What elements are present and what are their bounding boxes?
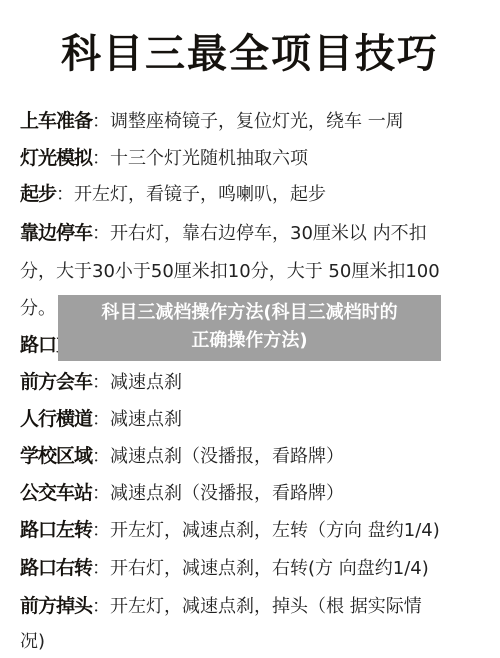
item-text: 开左灯，减速点刹，掉头（根 据实际情 (110, 596, 422, 617)
item-text: 减速点刹（没播报，看路牌） (110, 446, 344, 467)
item-separator: ： (92, 223, 110, 244)
item-label: 学校区域 (20, 445, 92, 467)
item-separator: ： (92, 596, 110, 617)
page-title: 科目三最全项目技巧 (0, 22, 500, 79)
item-text: 开右灯，靠右边停车，30厘米以 内不扣 (110, 223, 427, 244)
item-text: 减速点刹 (110, 409, 182, 430)
list-item: 公交车站：减速点刹（没播报，看路牌） (20, 481, 490, 506)
item-text: 十三个灯光随机抽取六项 (110, 148, 308, 169)
item-text: 调整座椅镜子，复位灯光，绕车 一周 (110, 111, 404, 132)
item-text: 开左灯，减速点刹，左转（方向 盘约1/4) (110, 520, 440, 541)
list-item: 起步：开左灯，看镜子，鸣喇叭，起步 (20, 182, 490, 207)
item-separator: ： (92, 483, 110, 504)
list-item: 路口左转：开左灯，减速点刹，左转（方向 盘约1/4) (20, 518, 490, 543)
overlay-line-1: 科目三减档操作方法(科目三减档时的 (58, 299, 441, 327)
item-text: 分，大于30小于50厘米扣10分，大于 50厘米扣100 (20, 261, 440, 282)
item-text: 开右灯，减速点刹，右转(方 向盘约1/4) (110, 558, 429, 579)
item-label: 灯光模拟 (20, 147, 92, 169)
list-item-continuation: 分，大于30小于50厘米扣10分，大于 50厘米扣100 (20, 260, 490, 284)
item-label: 起步 (20, 183, 56, 205)
item-separator: ： (92, 111, 110, 132)
item-separator: ： (92, 558, 110, 579)
item-label: 路口右转 (20, 557, 92, 579)
item-text: 分。 (20, 298, 56, 319)
list-item: 学校区域：减速点刹（没播报，看路牌） (20, 444, 490, 469)
item-separator: ： (92, 520, 110, 541)
list-item: 灯光模拟：十三个灯光随机抽取六项 (20, 146, 490, 171)
item-label: 路口左转 (20, 519, 92, 541)
item-text: 况) (20, 631, 45, 652)
item-text: 减速点刹（没播报，看路牌） (110, 483, 344, 504)
item-separator: ： (92, 446, 110, 467)
item-separator: ： (92, 372, 110, 393)
list-item-continuation: 况) (20, 630, 490, 654)
list-item: 上车准备：调整座椅镜子，复位灯光，绕车 一周 (20, 109, 490, 134)
list-item: 路口右转：开右灯，减速点刹，右转(方 向盘约1/4) (20, 556, 490, 581)
list-item: 靠边停车：开右灯，靠右边停车，30厘米以 内不扣 (20, 221, 490, 246)
item-label: 前方掉头 (20, 595, 92, 617)
item-label: 靠边停车 (20, 222, 92, 244)
item-separator: ： (56, 184, 74, 205)
item-text: 减速点刹 (110, 372, 182, 393)
item-label: 上车准备 (20, 110, 92, 132)
list-item: 人行横道：减速点刹 (20, 407, 490, 432)
item-separator: ： (92, 409, 110, 430)
list-item: 前方掉头：开左灯，减速点刹，掉头（根 据实际情 (20, 594, 490, 619)
item-label: 人行横道 (20, 408, 92, 430)
item-label: 前方会车 (20, 371, 92, 393)
item-separator: ： (92, 148, 110, 169)
item-text: 开左灯，看镜子，鸣喇叭，起步 (74, 184, 326, 205)
caption-overlay: 科目三减档操作方法(科目三减档时的 正确操作方法) (58, 295, 441, 361)
item-label: 公交车站 (20, 482, 92, 504)
list-item: 前方会车：减速点刹 (20, 370, 490, 395)
overlay-line-2: 正确操作方法) (58, 327, 441, 355)
